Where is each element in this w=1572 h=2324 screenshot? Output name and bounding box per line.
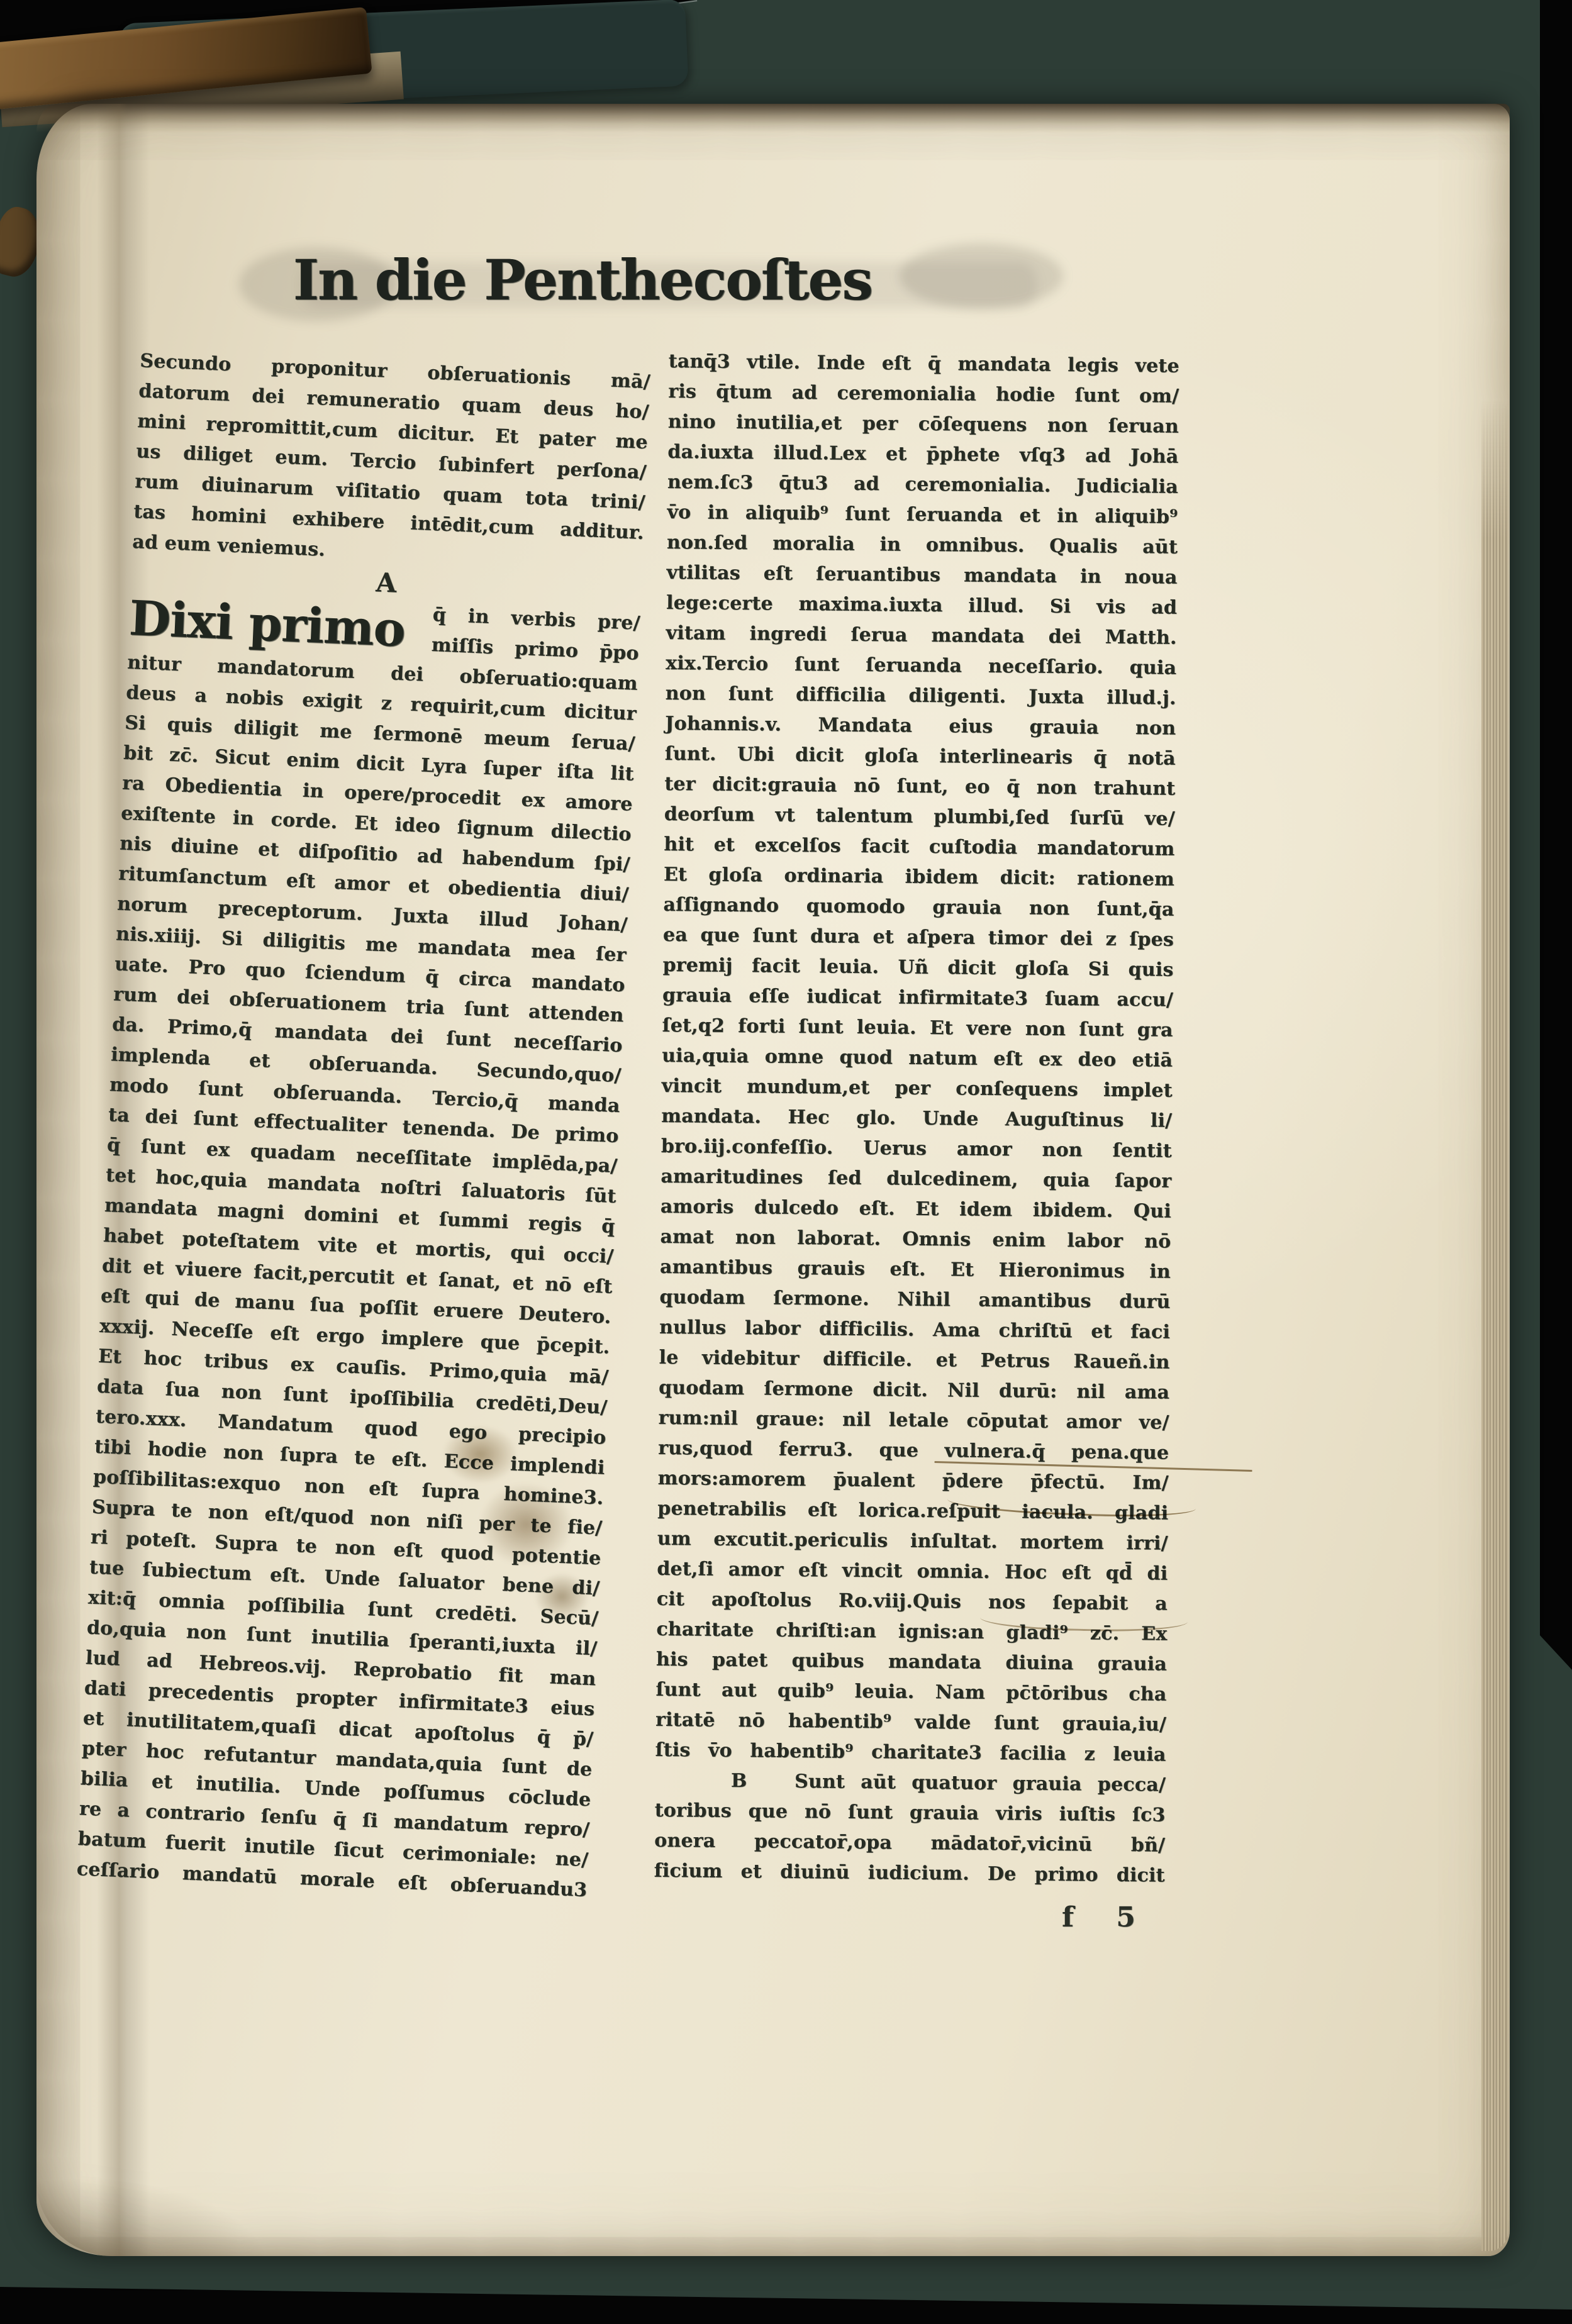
text-line: xix.Tercio ſunt ſeruanda neceſſario. qui… [666,648,1176,684]
text-line: aſſignando quomodo grauia non ſunt,q̄a [663,890,1174,925]
page-bottom-curl-shadow [36,2093,389,2256]
text-line: amat non laborat. Omnis enim labor nō [660,1222,1171,1257]
text-line: amaritudines ſed dulcedinem, quia ſapor [661,1162,1171,1197]
page-top-soiled-edge [36,104,1510,133]
text-line: deorſum vt talentum plumbi,ſed ſurſū ve/ [664,799,1175,835]
text-line: non.ſed moralia in omnibus. Qualis aūt [667,528,1178,563]
text-line: uia,quia omne quod natum eſt ex deo etiā [662,1041,1173,1076]
text-line: grauia eſſe iudicat infirmitate3 ſuam ac… [662,981,1173,1016]
two-column-text: Secundo proponitur obſeruationis mā/dato… [140,347,1203,1886]
text-line: quodam ſermone dicit. Nil durū: nil ama [659,1373,1169,1408]
right-column-lines: tanq̄3 vtile. Inde eſt q̄ mandata legis … [654,347,1179,1891]
text-line: v̄o in aliquib⁹ ſunt ſeruanda et in aliq… [667,498,1178,533]
text-column-right: tanq̄3 vtile. Inde eſt q̄ mandata legis … [654,347,1179,1891]
incipit-side-lines: q̄ in verbis pre/ miſſis primo p̄po [431,600,641,669]
printed-text-block: In die Penthecoſtes Secundo proponitur o… [140,242,1203,1886]
text-line: vtilitas eſt ſeruantibus mandata in noua [666,558,1177,593]
text-line: B Sunt aūt quatuor grauia pecca/ [655,1765,1166,1801]
text-line: Et gloſa ordinaria ibidem dicit: ratione… [664,860,1174,895]
text-line: ea que ſunt dura et aſpera timor dei z ſ… [663,920,1174,955]
text-line: ſtis v̄o habentib⁹ charitate3 facilia z … [655,1735,1166,1771]
text-line: premij facit leuia. Uñ dicit gloſa Si qu… [662,950,1173,986]
text-line: toribus que nō ſunt grauia viris iuſtis … [654,1796,1165,1831]
text-line: lege:certe maxima.iuxta illud. Si vis ad [666,588,1177,623]
text-line: le videbitur difficile. et Petrus Raueñ.… [659,1343,1169,1378]
text-line: ficium et diuinū iudicium. De primo dici… [654,1856,1165,1891]
text-line: vitam ingredi ſerua mandata dei Matth. [666,618,1176,653]
page-title: In die Penthecoſtes [293,242,1203,318]
text-line: rum:nil graue: nil letale cōputat amor v… [658,1403,1169,1438]
text-line: non ſunt difficilia diligenti. Juxta ill… [665,679,1176,714]
book-page: In die Penthecoſtes Secundo proponitur o… [36,104,1510,2256]
text-line: amoris dulcedo eſt. Et idem ibidem. Qui [661,1192,1171,1227]
text-line: his patet quibus mandata diuina grauia [656,1645,1167,1680]
quire-signature: f 5 [1062,1901,1152,1933]
text-line: bro.iij.confeſſio. Uerus amor non ſentit [661,1131,1172,1167]
text-line: tanq̄3 vtile. Inde eſt q̄ mandata legis … [669,347,1179,382]
text-line: ſunt. Ubi dicit gloſa interlinearis q̄ n… [665,739,1176,774]
text-line: vincit mundum,et per conſequens implet [661,1071,1172,1106]
book-scan-scene: In die Penthecoſtes Secundo proponitur o… [0,0,1572,2324]
text-line: hit et excelſos facit cuſtodia mandatoru… [664,830,1174,865]
left-column-intro-lines: Secundo proponitur obſeruationis mā/dato… [130,346,650,609]
text-line: ſunt aut quib⁹ leuia. Nam pc̄tōribus cha [655,1675,1166,1710]
text-line: ris q̄tum ad ceremonialia hodie ſunt om/ [668,377,1179,412]
text-line: da.iuxta illud.Lex et p̄phete vſq3 ad Jo… [667,437,1178,472]
text-line: Johannis.v. Mandata eius grauia non [665,709,1176,744]
text-line: mandata. Hec glo. Unde Auguſtinus li/ [661,1101,1172,1137]
text-line: ſet,q2 forti ſunt leuia. Et vere non ſun… [662,1011,1173,1046]
text-line: onera peccator̄,opa mādator̄,vicinū bñ/ [654,1826,1165,1861]
text-line: ritatē nō habentib⁹ valde ſunt grauia,iu… [655,1705,1166,1740]
text-line: ter dicit:grauia nō ſunt, eo q̄ non trah… [664,769,1175,804]
text-line: nino inutilia,et per cōſequens non ſerua… [668,407,1179,442]
left-column-body-lines: nitur mandatorum dei obſeruatio:quamdeus… [76,648,638,1906]
text-line: nem.ſc3 q̄tu3 ad ceremonialia. Judiciali… [667,467,1178,503]
text-column-left: Secundo proponitur obſeruationis mā/dato… [76,346,651,1906]
page-edge-stack [1481,399,1508,2251]
text-line: det,ſi amor eſt vincit omnia. Hoc eſt qd… [657,1554,1168,1589]
text-line: quodam ſermone. Nihil amantibus durū [659,1282,1170,1318]
text-line: um excutit.periculis inſultat. mortem ir… [657,1524,1168,1559]
text-line: nullus labor difficilis. Ama chriſtū et … [659,1313,1170,1348]
text-line: amantibus grauis eſt. Et Hieronimus in [660,1252,1171,1287]
